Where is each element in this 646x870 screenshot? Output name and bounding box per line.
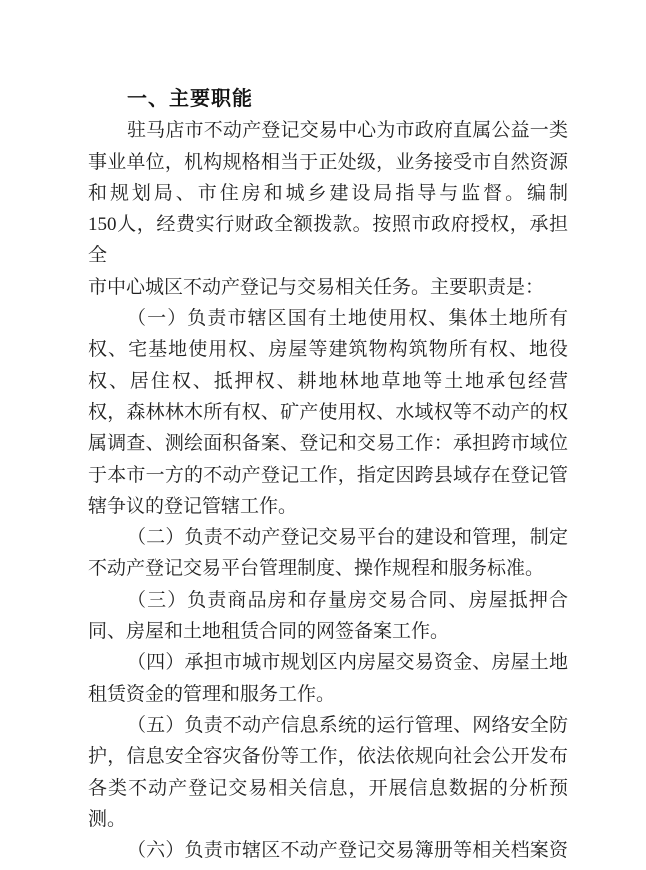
text-line: 于本市一方的不动产登记工作，指定因跨县域存在登记管 bbox=[88, 460, 568, 491]
document-text-block: 一、主要职能 驻马店市不动产登记交易中心为市政府直属公益一类 事业单位，机构规格… bbox=[88, 84, 568, 866]
text-line: 权、宅基地使用权、房屋等建筑物构筑物所有权、地役 bbox=[88, 334, 568, 365]
text-line: （四）承担市城市规划区内房屋交易资金、房屋土地 bbox=[88, 647, 568, 678]
text-line: （六）负责市辖区不动产登记交易簿册等相关档案资 bbox=[88, 835, 568, 866]
text-line: 护，信息安全容灾备份等工作，依法依规向社会公开发布 bbox=[88, 741, 568, 772]
text-line: （三）负责商品房和存量房交易合同、房屋抵押合 bbox=[88, 585, 568, 616]
text-line: （二）负责不动产登记交易平台的建设和管理，制定 bbox=[88, 522, 568, 553]
text-line: （五）负责不动产信息系统的运行管理、网络安全防 bbox=[88, 710, 568, 741]
text-line: 各类不动产登记交易相关信息，开展信息数据的分析预 bbox=[88, 773, 568, 804]
text-line: （一）负责市辖区国有土地使用权、集体土地所有 bbox=[88, 303, 568, 334]
text-line: 属调查、测绘面积备案、登记和交易工作：承担跨市域位 bbox=[88, 428, 568, 459]
text-line: 测。 bbox=[88, 804, 568, 835]
text-line: 事业单位，机构规格相当于正处级，业务接受市自然资源 bbox=[88, 147, 568, 178]
text-line: 和规划局、市住房和城乡建设局指导与监督。编制 bbox=[88, 178, 568, 209]
section-heading: 一、主要职能 bbox=[88, 84, 568, 115]
text-line: 驻马店市不动产登记交易中心为市政府直属公益一类 bbox=[88, 115, 568, 146]
text-line: 同、房屋和土地租赁合同的网签备案工作。 bbox=[88, 616, 568, 647]
text-line: 不动产登记交易平台管理制度、操作规程和服务标准。 bbox=[88, 553, 568, 584]
text-line: 权，森林林木所有权、矿产使用权、水域权等不动产的权 bbox=[88, 397, 568, 428]
text-line: 150人，经费实行财政全额拨款。按照市政府授权，承担全 bbox=[88, 209, 568, 272]
text-line: 辖争议的登记管辖工作。 bbox=[88, 491, 568, 522]
text-line: 租赁资金的管理和服务工作。 bbox=[88, 679, 568, 710]
text-line: 市中心城区不动产登记与交易相关任务。主要职责是： bbox=[88, 272, 568, 303]
text-line: 权、居住权、抵押权、耕地林地草地等土地承包经营 bbox=[88, 366, 568, 397]
